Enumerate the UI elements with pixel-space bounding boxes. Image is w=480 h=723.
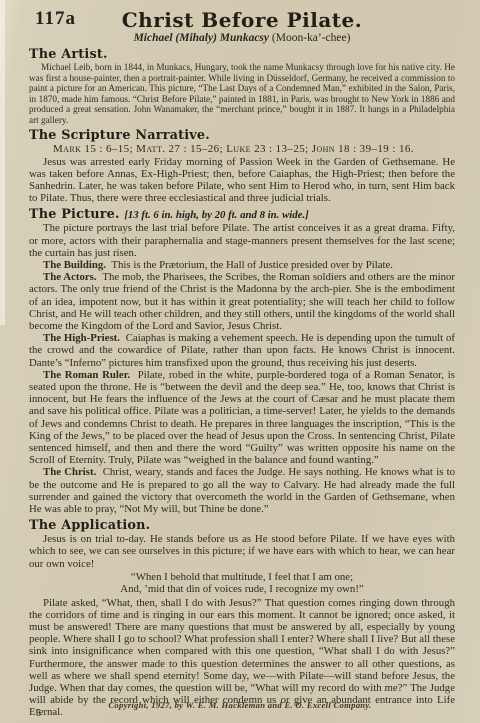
subsection-actors: The Actors.The mob, the Pharisees, the S…: [29, 271, 455, 332]
page-header: 117a Christ Before Pilate. Michael (Miha…: [29, 6, 455, 44]
subsection-actors-label: The Actors.: [43, 271, 102, 283]
section-artist: The Artist. Michael Leib, born in 1844, …: [29, 47, 455, 125]
subsection-high-priest-label: The High-Priest.: [43, 332, 126, 344]
artist-name: Michael (Mihaly) Munkacsy: [134, 32, 269, 44]
subsection-roman-ruler-text: Pilate, robed in the white, purple-borde…: [29, 369, 455, 466]
subsection-roman-ruler-label: The Roman Ruler.: [43, 369, 138, 381]
picture-paragraph: The picture portrays the last trial befo…: [29, 222, 455, 259]
subsection-christ: The Christ.Christ, weary, stands and fac…: [29, 466, 455, 515]
lesson-number: 117a: [35, 8, 76, 30]
artist-heading: The Artist.: [29, 47, 455, 62]
page-title: Christ Before Pilate.: [29, 6, 455, 32]
verse-quote-line-1: “When I behold that multitude, I feel th…: [29, 571, 455, 583]
subsection-christ-label: The Christ.: [43, 466, 103, 478]
subsection-roman-ruler: The Roman Ruler.Pilate, robed in the whi…: [29, 369, 455, 467]
copyright-line: Copyright, 1927, by W. E. M. Hackleman a…: [0, 700, 480, 710]
subsection-building: The Building.This is the Prætorium, the …: [29, 259, 455, 271]
verse-quote-line-2: And, ’mid that din of voices rude, I rec…: [29, 583, 455, 595]
picture-heading: The Picture. [13 ft. 6 in. high, by 20 f…: [29, 207, 455, 222]
section-picture: The Picture. [13 ft. 6 in. high, by 20 f…: [29, 207, 455, 515]
scripture-heading: The Scripture Narrative.: [29, 128, 455, 143]
subsection-building-label: The Building.: [43, 259, 111, 271]
artist-subtitle: Michael (Mihaly) Munkacsy (Moon-ka’-chee…: [29, 32, 455, 44]
subsection-high-priest: The High-Priest.Caiaphas is making a veh…: [29, 332, 455, 369]
section-scripture-narrative: The Scripture Narrative. Mark 15 : 6–15;…: [29, 128, 455, 204]
section-application: The Application. Jesus is on trial to-da…: [29, 518, 455, 718]
page-number: 5: [36, 708, 41, 719]
artist-pronunciation: (Moon-ka’-chee): [272, 32, 351, 44]
artist-paragraph: Michael Leib, born in 1844, in Munkacs, …: [29, 62, 455, 125]
picture-dimensions: [13 ft. 6 in. high, by 20 ft. and 8 in. …: [124, 209, 308, 221]
picture-heading-label: The Picture.: [29, 207, 120, 222]
subsection-building-text: This is the Prætorium, the Hall of Justi…: [111, 259, 393, 271]
verse-quote: “When I behold that multitude, I feel th…: [29, 571, 455, 596]
application-heading: The Application.: [29, 518, 455, 533]
scripture-references: Mark 15 : 6–15; Matt. 27 : 15–26; Luke 2…: [29, 143, 455, 156]
application-paragraph-1: Jesus is on trial to-day. He stands befo…: [29, 533, 455, 570]
scripture-paragraph: Jesus was arrested early Friday morning …: [29, 156, 455, 205]
document-page: 117a Christ Before Pilate. Michael (Miha…: [0, 0, 480, 723]
